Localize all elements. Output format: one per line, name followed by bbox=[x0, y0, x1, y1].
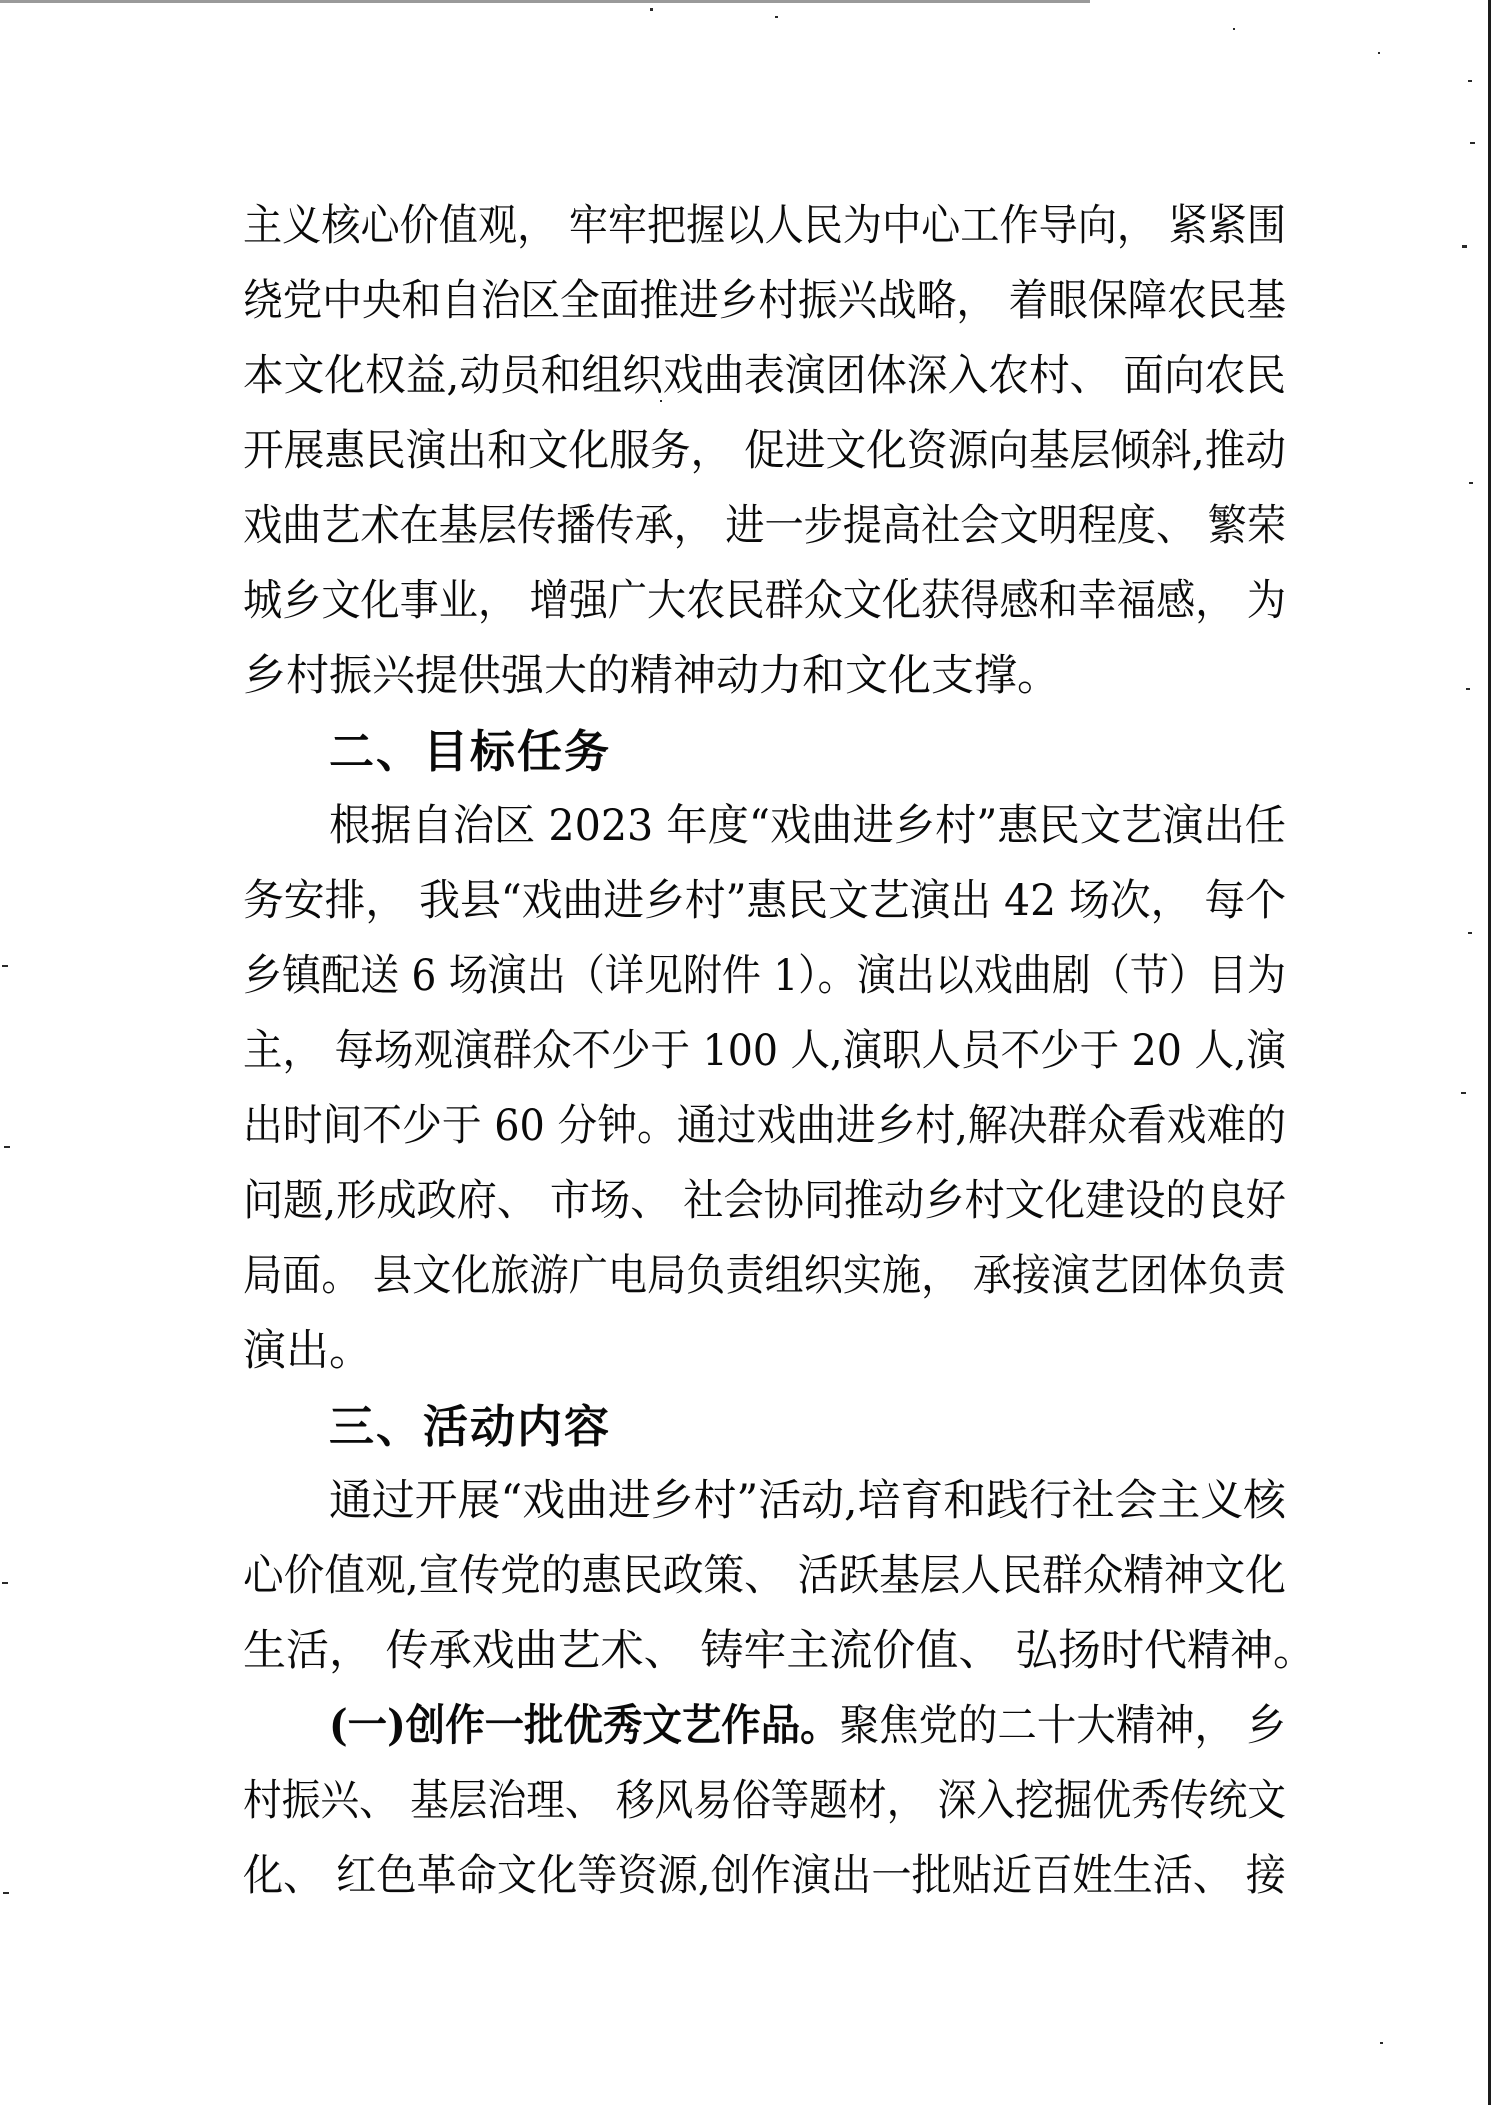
line-text: 局面。 县文化旅游广电局负责组织实施， 承接演艺团体负责 bbox=[243, 1251, 1286, 1301]
text-line: 绕党中央和自治区全面推进乡村振兴战略， 着眼保障农民基 bbox=[243, 264, 1286, 339]
line-text: 化、 红色革命文化等资源,创作演出一批贴近百姓生活、 接 bbox=[243, 1851, 1286, 1901]
document-text-block: 主义核心价值观， 牢牢把握以人民为中心工作导向， 紧紧围 绕党中央和自治区全面推… bbox=[243, 189, 1286, 1914]
scan-speck bbox=[1461, 1092, 1466, 1094]
text-line: 开展惠民演出和文化服务， 促进文化资源向基层倾斜,推动 bbox=[243, 414, 1286, 489]
text-line: 演出。 bbox=[243, 1314, 1286, 1389]
text-line-content: 本文化权益,动员和组织戏曲表演团体深入农村、 面向农民 bbox=[243, 339, 1286, 414]
text-line-content: 戏曲艺术在基层传播传承， 进一步提高社会文明程度、 繁荣 bbox=[243, 489, 1286, 564]
scan-speck bbox=[1233, 28, 1235, 30]
text-line-content: 通过开展“戏曲进乡村”活动,培育和践行社会主义核 bbox=[329, 1464, 1286, 1539]
text-line: 戏曲艺术在基层传播传承， 进一步提高社会文明程度、 繁荣 bbox=[243, 489, 1286, 564]
line-text: 主义核心价值观， 牢牢把握以人民为中心工作导向， 紧紧围 bbox=[243, 201, 1286, 251]
line-text: 绕党中央和自治区全面推进乡村振兴战略， 着眼保障农民基 bbox=[243, 276, 1286, 326]
line-text: 三、活动内容 bbox=[329, 1400, 611, 1453]
line-text: 务安排， 我县“戏曲进乡村”惠民文艺演出 42 场次， 每个 bbox=[243, 876, 1286, 926]
text-line-content: 城乡文化事业， 增强广大农民群众文化获得感和幸福感， 为 bbox=[243, 564, 1286, 639]
line-text: 心价值观,宣传党的惠民政策、 活跃基层人民群众精神文化 bbox=[243, 1551, 1286, 1601]
text-line-content: 村振兴、 基层治理、 移风易俗等题材， 深入挖掘优秀传统文 bbox=[243, 1764, 1286, 1839]
text-line: 主， 每场观演群众不少于 100 人,演职人员不少于 20 人,演 bbox=[243, 1014, 1286, 1089]
text-line-content: 务安排， 我县“戏曲进乡村”惠民文艺演出 42 场次， 每个 bbox=[243, 864, 1286, 939]
line-text: 生活， 传承戏曲艺术、 铸牢主流价值、 弘扬时代精神。 bbox=[243, 1626, 1316, 1676]
scan-top-edge-artifact bbox=[0, 0, 1090, 3]
text-line-content: 二、目标任务 bbox=[329, 714, 611, 789]
text-line-content: 演出。 bbox=[243, 1314, 372, 1389]
text-line-content: 开展惠民演出和文化服务， 促进文化资源向基层倾斜,推动 bbox=[243, 414, 1286, 489]
scan-speck bbox=[4, 1146, 10, 1148]
text-line: 三、活动内容 bbox=[243, 1389, 1286, 1464]
text-line-content: 乡村振兴提供强大的精神动力和文化支撑。 bbox=[243, 639, 1060, 714]
scan-speck bbox=[905, 578, 908, 580]
bold-lead-text: (一)创作一批优秀文艺作品。 bbox=[329, 1701, 840, 1751]
text-line: 乡镇配送 6 场演出（详见附件 1）。演出以戏曲剧（节）目为 bbox=[243, 939, 1286, 1014]
line-text: 城乡文化事业， 增强广大农民群众文化获得感和幸福感， 为 bbox=[243, 576, 1286, 626]
text-line: 二、目标任务 bbox=[243, 714, 1286, 789]
line-text: 二、目标任务 bbox=[329, 725, 611, 778]
line-text: 主， 每场观演群众不少于 100 人,演职人员不少于 20 人,演 bbox=[243, 1026, 1286, 1076]
text-line: 心价值观,宣传党的惠民政策、 活跃基层人民群众精神文化 bbox=[243, 1539, 1286, 1614]
text-line-content: 主义核心价值观， 牢牢把握以人民为中心工作导向， 紧紧围 bbox=[243, 189, 1286, 264]
text-line-content: 主， 每场观演群众不少于 100 人,演职人员不少于 20 人,演 bbox=[243, 1014, 1286, 1089]
scan-speck bbox=[1468, 932, 1472, 934]
text-line-content: 根据自治区 2023 年度“戏曲进乡村”惠民文艺演出任 bbox=[329, 789, 1286, 864]
line-text: 开展惠民演出和文化服务， 促进文化资源向基层倾斜,推动 bbox=[243, 426, 1286, 476]
line-text: 乡村振兴提供强大的精神动力和文化支撑。 bbox=[243, 651, 1060, 701]
scan-speck bbox=[660, 400, 662, 402]
text-line: 乡村振兴提供强大的精神动力和文化支撑。 bbox=[243, 639, 1286, 714]
scan-speck bbox=[2, 1582, 8, 1584]
text-line: 村振兴、 基层治理、 移风易俗等题材， 深入挖掘优秀传统文 bbox=[243, 1764, 1286, 1839]
line-text: 出时间不少于 60 分钟。通过戏曲进乡村,解决群众看戏难的 bbox=[243, 1101, 1286, 1151]
scan-speck bbox=[775, 16, 778, 18]
scan-speck bbox=[1470, 142, 1475, 144]
text-line: (一)创作一批优秀文艺作品。聚焦党的二十大精神， 乡 bbox=[243, 1689, 1286, 1764]
text-line: 出时间不少于 60 分钟。通过戏曲进乡村,解决群众看戏难的 bbox=[243, 1089, 1286, 1164]
text-line-content: 生活， 传承戏曲艺术、 铸牢主流价值、 弘扬时代精神。 bbox=[243, 1614, 1316, 1689]
scanned-document-page: 主义核心价值观， 牢牢把握以人民为中心工作导向， 紧紧围 绕党中央和自治区全面推… bbox=[0, 0, 1491, 2105]
text-line-content: 心价值观,宣传党的惠民政策、 活跃基层人民群众精神文化 bbox=[243, 1539, 1286, 1614]
text-line: 主义核心价值观， 牢牢把握以人民为中心工作导向， 紧紧围 bbox=[243, 189, 1286, 264]
line-text: 本文化权益,动员和组织戏曲表演团体深入农村、 面向农民 bbox=[243, 351, 1286, 401]
line-text: 演出。 bbox=[243, 1326, 372, 1376]
text-line: 生活， 传承戏曲艺术、 铸牢主流价值、 弘扬时代精神。 bbox=[243, 1614, 1286, 1689]
text-line-content: 乡镇配送 6 场演出（详见附件 1）。演出以戏曲剧（节）目为 bbox=[243, 939, 1286, 1014]
text-line-content: 绕党中央和自治区全面推进乡村振兴战略， 着眼保障农民基 bbox=[243, 264, 1286, 339]
text-line: 局面。 县文化旅游广电局负责组织实施， 承接演艺团体负责 bbox=[243, 1239, 1286, 1314]
scan-speck bbox=[3, 1892, 9, 1894]
text-line-content: 局面。 县文化旅游广电局负责组织实施， 承接演艺团体负责 bbox=[243, 1239, 1286, 1314]
text-line: 务安排， 我县“戏曲进乡村”惠民文艺演出 42 场次， 每个 bbox=[243, 864, 1286, 939]
text-line: 根据自治区 2023 年度“戏曲进乡村”惠民文艺演出任 bbox=[243, 789, 1286, 864]
scan-speck bbox=[1462, 245, 1467, 248]
line-text: 问题,形成政府、 市场、 社会协同推动乡村文化建设的良好 bbox=[243, 1176, 1286, 1226]
line-text: 聚焦党的二十大精神， 乡 bbox=[840, 1701, 1286, 1751]
scan-speck bbox=[1466, 688, 1470, 690]
text-line: 通过开展“戏曲进乡村”活动,培育和践行社会主义核 bbox=[243, 1464, 1286, 1539]
text-line-content: 化、 红色革命文化等资源,创作演出一批贴近百姓生活、 接 bbox=[243, 1839, 1286, 1914]
line-text: 戏曲艺术在基层传播传承， 进一步提高社会文明程度、 繁荣 bbox=[243, 501, 1286, 551]
line-text: 根据自治区 2023 年度“戏曲进乡村”惠民文艺演出任 bbox=[329, 801, 1286, 851]
line-text: 通过开展“戏曲进乡村”活动,培育和践行社会主义核 bbox=[329, 1476, 1286, 1526]
scan-speck bbox=[1380, 2042, 1383, 2044]
line-text: 村振兴、 基层治理、 移风易俗等题材， 深入挖掘优秀传统文 bbox=[243, 1776, 1286, 1826]
scan-speck bbox=[1378, 52, 1380, 54]
text-line-content: (一)创作一批优秀文艺作品。聚焦党的二十大精神， 乡 bbox=[329, 1689, 1286, 1764]
line-text: 乡镇配送 6 场演出（详见附件 1）。演出以戏曲剧（节）目为 bbox=[243, 951, 1286, 1001]
text-line: 城乡文化事业， 增强广大农民群众文化获得感和幸福感， 为 bbox=[243, 564, 1286, 639]
text-line: 化、 红色革命文化等资源,创作演出一批贴近百姓生活、 接 bbox=[243, 1839, 1286, 1914]
scan-speck bbox=[1468, 80, 1472, 82]
text-line-content: 问题,形成政府、 市场、 社会协同推动乡村文化建设的良好 bbox=[243, 1164, 1286, 1239]
scan-speck bbox=[650, 8, 653, 11]
text-line-content: 三、活动内容 bbox=[329, 1389, 611, 1464]
text-line: 问题,形成政府、 市场、 社会协同推动乡村文化建设的良好 bbox=[243, 1164, 1286, 1239]
text-line: 本文化权益,动员和组织戏曲表演团体深入农村、 面向农民 bbox=[243, 339, 1286, 414]
text-line-content: 出时间不少于 60 分钟。通过戏曲进乡村,解决群众看戏难的 bbox=[243, 1089, 1286, 1164]
scan-speck bbox=[2, 965, 8, 967]
scan-speck bbox=[1469, 482, 1473, 484]
